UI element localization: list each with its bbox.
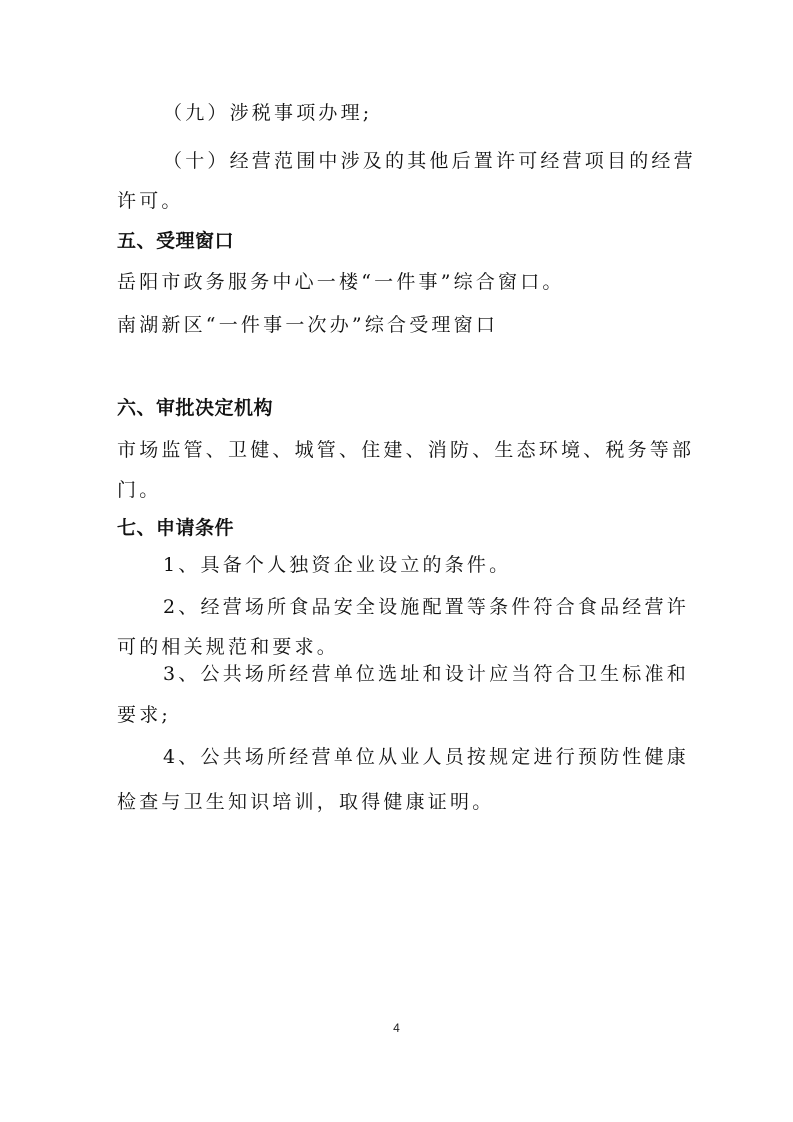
paragraph-authority: 市场监管、卫健、城管、住建、消防、生态环境、税务等部: [117, 441, 687, 460]
condition-4-cont: 检查与卫生知识培训，取得健康证明。: [117, 793, 687, 812]
condition-4: 4、公共场所经营单位从业人员按规定进行预防性健康: [163, 748, 733, 767]
condition-2-cont: 可的相关规范和要求。: [117, 638, 687, 657]
paragraph-authority-cont: 门。: [117, 481, 687, 500]
section-heading-conditions: 七、申请条件: [117, 519, 687, 538]
condition-3-cont: 要求;: [117, 706, 687, 725]
list-item-nine: （九）涉税事项办理;: [163, 104, 733, 123]
paragraph-window-2: 南湖新区“一件事一次办”综合受理窗口: [117, 316, 687, 335]
condition-3: 3、公共场所经营单位选址和设计应当符合卫生标准和: [163, 665, 733, 684]
list-item-ten: （十）经营范围中涉及的其他后置许可经营项目的经营: [163, 152, 733, 171]
paragraph-window-1: 岳阳市政务服务中心一楼“一件事”综合窗口。: [117, 273, 687, 292]
page-number: 4: [0, 1021, 793, 1035]
list-item-ten-cont: 许可。: [117, 192, 687, 211]
condition-1: 1、具备个人独资企业设立的条件。: [163, 556, 733, 575]
condition-2: 2、经营场所食品安全设施配置等条件符合食品经营许: [163, 598, 733, 617]
section-heading-authority: 六、审批决定机构: [117, 399, 687, 418]
section-heading-window: 五、受理窗口: [117, 232, 687, 251]
